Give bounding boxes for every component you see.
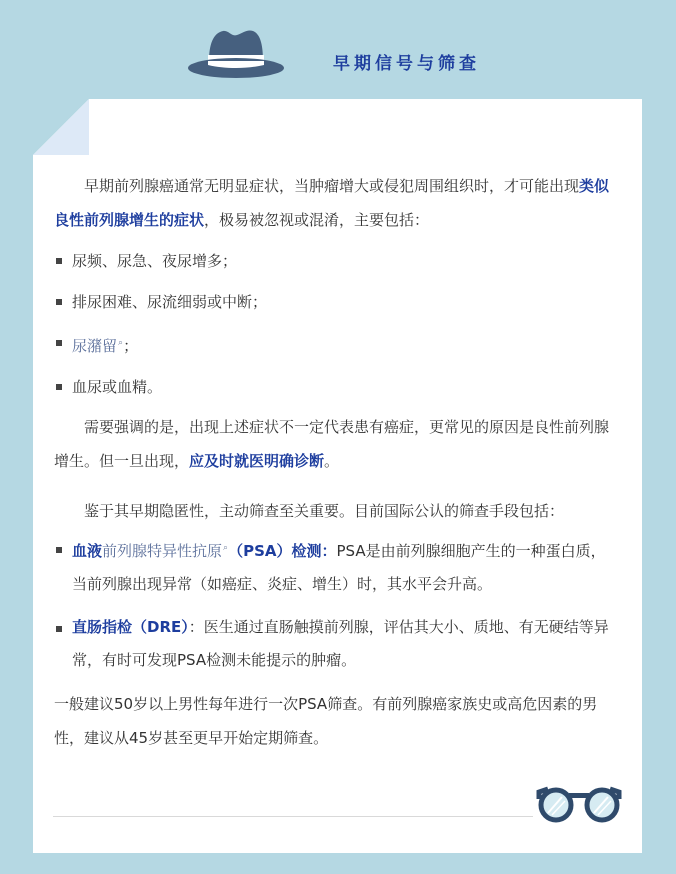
symptom-suffix: ； [123,337,138,355]
symptom-text: 尿频、尿急、夜尿增多； [72,252,237,270]
psa-label-start: 血液 [72,542,102,560]
recommendation-paragraph: 一般建议50岁以上男性每年进行一次PSA筛查。有前列腺癌家族史或高危因素的男性，… [54,687,620,755]
divider [53,816,533,817]
dre-label: 直肠指检（DRE） [72,618,189,636]
screening-list: 血液前列腺特异性抗原⌕（PSA）检测：PSA是由前列腺细胞产生的一种蛋白质，当前… [54,532,620,677]
emphasis-text-end: 。 [324,452,339,470]
symptom-text: 血尿或血精。 [72,378,162,396]
list-item: 尿潴留⌕； [54,323,620,367]
emphasis-highlight: 应及时就医明确诊断 [189,452,324,470]
symptom-text: 排尿困难、尿流细弱或中断； [72,293,267,311]
psa-label-end: （PSA）检测： [228,542,336,560]
symptom-list: 尿频、尿急、夜尿增多； 排尿困难、尿流细弱或中断； 尿潴留⌕； 血尿或血精。 [54,241,620,408]
bullet-square-icon [56,384,62,390]
bullet-square-icon [56,547,62,553]
glasses-icon [536,783,622,823]
list-item: 血尿或血精。 [54,367,620,408]
header: 早期信号与筛查 [0,0,676,100]
list-item: 排尿困难、尿流细弱或中断； [54,282,620,323]
section-title: 早期信号与筛查 [333,52,480,76]
screening-intro: 鉴于其早期隐匿性，主动筛查至关重要。目前国际公认的筛查手段包括： [54,494,620,528]
hat-icon [187,27,285,79]
list-item: 血液前列腺特异性抗原⌕（PSA）检测：PSA是由前列腺细胞产生的一种蛋白质，当前… [54,532,620,601]
page-fold-corner [33,99,89,155]
emphasis-paragraph: 需要强调的是，出现上述症状不一定代表患有癌症，更常见的原因是良性前列腺增生。但一… [54,410,620,478]
bullet-square-icon [56,340,62,346]
article-body: 早期前列腺癌通常无明显症状，当肿瘤增大或侵犯周围组织时，才可能出现类似良性前列腺… [54,169,620,755]
psa-link[interactable]: 前列腺特异性抗原 [102,542,222,560]
bullet-square-icon [56,258,62,264]
intro-paragraph: 早期前列腺癌通常无明显症状，当肿瘤增大或侵犯周围组织时，才可能出现类似良性前列腺… [54,169,620,237]
bullet-square-icon [56,626,62,632]
intro-text: 早期前列腺癌通常无明显症状，当肿瘤增大或侵犯周围组织时，才可能出现 [84,177,579,195]
content-card: 早期前列腺癌通常无明显症状，当肿瘤增大或侵犯周围组织时，才可能出现类似良性前列腺… [33,99,642,853]
urinary-retention-link[interactable]: 尿潴留 [72,337,117,355]
intro-text-end: ，极易被忽视或混淆，主要包括： [204,211,429,229]
bullet-square-icon [56,299,62,305]
list-item: 尿频、尿急、夜尿增多； [54,241,620,282]
list-item: 直肠指检（DRE）：医生通过直肠触摸前列腺，评估其大小、质地、有无硬结等异常，有… [54,611,620,677]
